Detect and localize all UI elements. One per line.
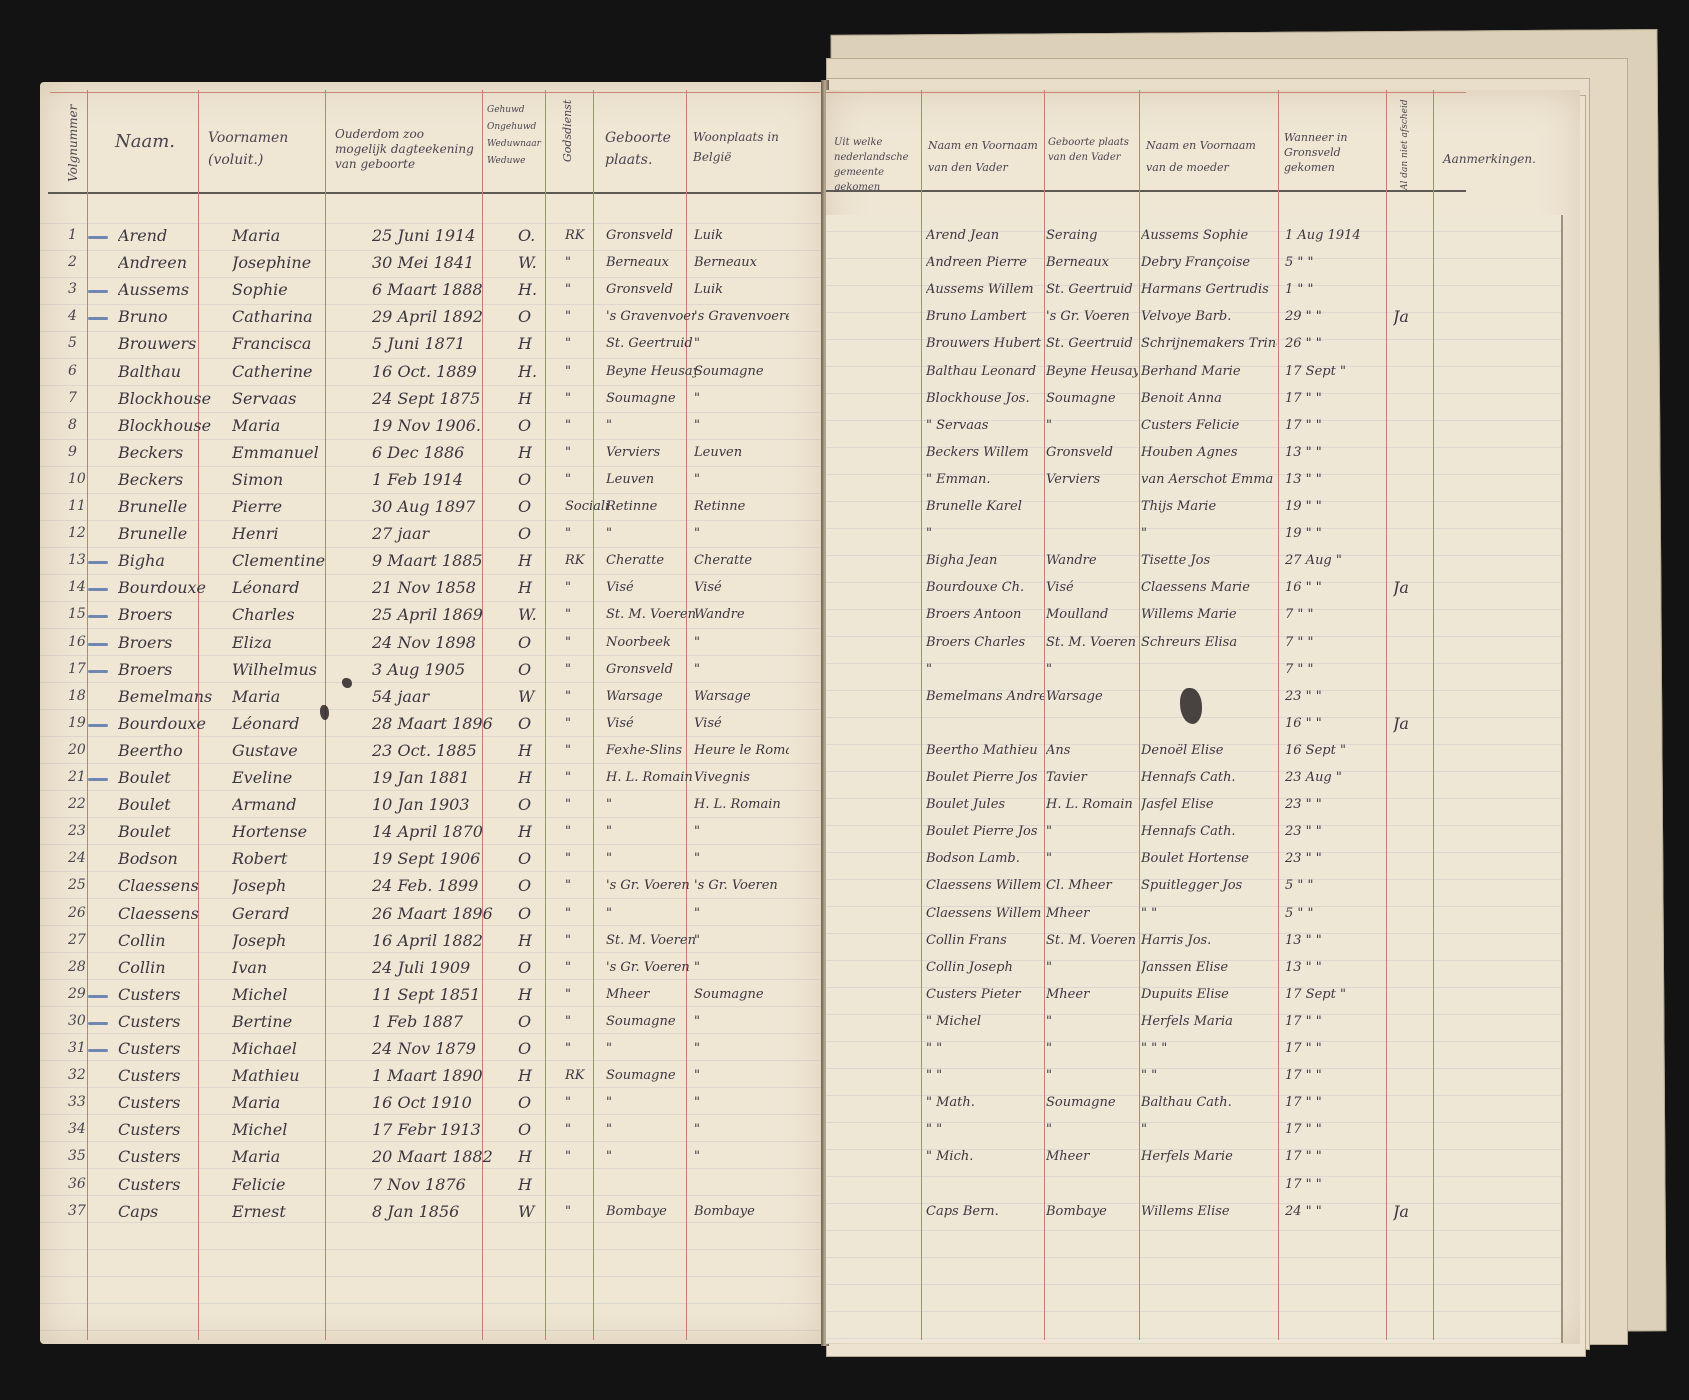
cell-wanneer: 23 " " [1285, 818, 1383, 845]
cell-vader: Aussems Willem [926, 276, 1044, 303]
cell-woonplaats [694, 1171, 789, 1198]
cell-afscheid [1393, 656, 1433, 683]
cell-voornaam: Mathieu [232, 1062, 360, 1089]
cell-godsdienst: " [565, 330, 609, 357]
cell-geboorteplaats: Mheer [606, 981, 696, 1008]
cell-godsdienst: " [565, 1035, 609, 1062]
cell-moeder [1141, 683, 1277, 710]
table-row: 5BrouwersFrancisca5 Juni 1871H"St. Geert… [0, 330, 1689, 357]
cell-afscheid: Ja [1393, 710, 1433, 737]
cell-voornaam: Michael [232, 1035, 360, 1062]
table-row: 14BourdouxeLéonard21 Nov 1858H"ViséViséB… [0, 574, 1689, 601]
cell-woonplaats: " [694, 385, 789, 412]
cell-moeder: Aussems Sophie [1141, 222, 1277, 249]
cell-afscheid [1393, 276, 1433, 303]
cell-geboorteplaats-vader: St. M. Voeren [1046, 629, 1138, 656]
cell-moeder: Tisette Jos [1141, 547, 1277, 574]
ink-blot [1180, 688, 1202, 724]
cell-geboortedatum: 21 Nov 1858 [372, 574, 522, 601]
cell-burgerlijke-staat: H [518, 1171, 558, 1198]
cell-geboortedatum: 16 Oct. 1889 [372, 358, 522, 385]
table-row: 21BouletEveline19 Jan 1881H"H. L. Romain… [0, 764, 1689, 791]
table-row: 1ArendMaria25 Juni 1914O.RKGronsveldLuik… [0, 222, 1689, 249]
cell-wanneer: 23 " " [1285, 845, 1383, 872]
cell-vader: " Servaas [926, 412, 1044, 439]
cell-voornaam: Ernest [232, 1198, 360, 1225]
cell-geboorteplaats: Visé [606, 710, 696, 737]
table-row: 12BrunelleHenri27 jaarO"""""19 " " [0, 520, 1689, 547]
cell-moeder: Spuitlegger Jos [1141, 872, 1277, 899]
cell-wanneer: 19 " " [1285, 493, 1383, 520]
cell-burgerlijke-staat: H [518, 439, 558, 466]
cell-geboorteplaats-vader [1046, 1171, 1138, 1198]
cell-geboortedatum: 19 Sept 1906 [372, 845, 522, 872]
cell-wanneer: 1 " " [1285, 276, 1383, 303]
cell-afscheid [1393, 872, 1433, 899]
cell-geboorteplaats: Cheratte [606, 547, 696, 574]
blue-pencil-mark [88, 588, 108, 591]
cell-woonplaats: " [694, 656, 789, 683]
cell-wanneer: 16 " " [1285, 710, 1383, 737]
cell-volgnummer: 6 [68, 358, 108, 385]
cell-afscheid [1393, 954, 1433, 981]
cell-moeder: " " " [1141, 1035, 1277, 1062]
cell-geboorteplaats-vader: Mheer [1046, 1143, 1138, 1170]
cell-godsdienst: " [565, 872, 609, 899]
cell-woonplaats: Wandre [694, 601, 789, 628]
cell-vader: Claessens Willem [926, 872, 1044, 899]
cell-geboortedatum: 9 Maart 1885 [372, 547, 522, 574]
cell-voornaam: Catherine [232, 358, 360, 385]
cell-godsdienst: " [565, 520, 609, 547]
cell-geboorteplaats: Berneaux [606, 249, 696, 276]
header-ouderdom: Ouderdom zoo mogelijk dagteekening van g… [335, 127, 475, 172]
cell-geboortedatum: 6 Maart 1888 [372, 276, 522, 303]
cell-afscheid [1393, 1062, 1433, 1089]
cell-geboortedatum: 10 Jan 1903 [372, 791, 522, 818]
table-row: 8BlockhouseMaria19 Nov 1906.O"""" Servaa… [0, 412, 1689, 439]
table-row: 19BourdouxeLéonard28 Maart 1896O"ViséVis… [0, 710, 1689, 737]
cell-geboortedatum: 26 Maart 1896 [372, 900, 522, 927]
cell-woonplaats: Soumagne [694, 358, 789, 385]
cell-godsdienst: " [565, 791, 609, 818]
cell-burgerlijke-staat: H [518, 818, 558, 845]
table-row: 3AussemsSophie6 Maart 1888H."GronsveldLu… [0, 276, 1689, 303]
cell-burgerlijke-staat: O [518, 872, 558, 899]
cell-burgerlijke-staat: W. [518, 601, 558, 628]
cell-volgnummer: 35 [68, 1143, 108, 1170]
table-row: 29CustersMichel11 Sept 1851H"MheerSoumag… [0, 981, 1689, 1008]
cell-godsdienst: " [565, 385, 609, 412]
cell-naam: Beckers [118, 466, 243, 493]
cell-geboorteplaats-vader: 's Gr. Voeren [1046, 303, 1138, 330]
table-row: 33CustersMaria16 Oct 1910O"""" Math.Soum… [0, 1089, 1689, 1116]
table-row: 4BrunoCatharina29 April 1892O"'s Gravenv… [0, 303, 1689, 330]
blue-pencil-mark [88, 724, 108, 727]
cell-burgerlijke-staat: H [518, 385, 558, 412]
cell-woonplaats: Berneaux [694, 249, 789, 276]
cell-geboorteplaats: Soumagne [606, 1062, 696, 1089]
cell-geboorteplaats-vader: " [1046, 1116, 1138, 1143]
cell-afscheid [1393, 520, 1433, 547]
cell-wanneer: 24 " " [1285, 1198, 1383, 1225]
cell-geboortedatum: 29 April 1892 [372, 303, 522, 330]
cell-moeder: Harmans Gertrudis [1141, 276, 1277, 303]
cell-voornaam: Charles [232, 601, 360, 628]
cell-moeder: Dupuits Elise [1141, 981, 1277, 1008]
cell-volgnummer: 11 [68, 493, 108, 520]
cell-moeder: Hennafs Cath. [1141, 764, 1277, 791]
cell-burgerlijke-staat: H. [518, 358, 558, 385]
cell-woonplaats: 's Gravenvoeren [694, 303, 789, 330]
cell-geboorteplaats [606, 1171, 696, 1198]
cell-voornaam: Ivan [232, 954, 360, 981]
cell-geboorteplaats: " [606, 900, 696, 927]
cell-naam: Collin [118, 954, 243, 981]
cell-geboortedatum: 24 Sept 1875 [372, 385, 522, 412]
cell-volgnummer: 33 [68, 1089, 108, 1116]
cell-geboorteplaats-vader [1046, 493, 1138, 520]
cell-geboorteplaats: " [606, 845, 696, 872]
cell-vader: Boulet Pierre Jos [926, 818, 1044, 845]
cell-wanneer: 7 " " [1285, 656, 1383, 683]
cell-burgerlijke-staat: O [518, 845, 558, 872]
blue-pencil-mark [88, 1049, 108, 1052]
cell-geboorteplaats-vader: Wandre [1046, 547, 1138, 574]
header-afscheid: Al dan niet afscheid [1398, 99, 1413, 190]
cell-volgnummer: 8 [68, 412, 108, 439]
cell-burgerlijke-staat: O [518, 520, 558, 547]
cell-wanneer: 23 " " [1285, 683, 1383, 710]
cell-woonplaats: " [694, 1089, 789, 1116]
cell-volgnummer: 2 [68, 249, 108, 276]
cell-naam: Custers [118, 1171, 243, 1198]
cell-vader: Boulet Pierre Jos [926, 764, 1044, 791]
cell-volgnummer: 10 [68, 466, 108, 493]
cell-geboortedatum: 25 April 1869 [372, 601, 522, 628]
cell-geboortedatum: 1 Maart 1890 [372, 1062, 522, 1089]
cell-voornaam: Servaas [232, 385, 360, 412]
cell-volgnummer: 26 [68, 900, 108, 927]
cell-moeder: van Aerschot Emma [1141, 466, 1277, 493]
cell-geboortedatum: 16 April 1882 [372, 927, 522, 954]
cell-volgnummer: 27 [68, 927, 108, 954]
cell-geboorteplaats-vader: " [1046, 1035, 1138, 1062]
cell-voornaam: Michel [232, 981, 360, 1008]
cell-voornaam: Henri [232, 520, 360, 547]
blue-pencil-mark [88, 1022, 108, 1025]
cell-geboortedatum: 24 Juli 1909 [372, 954, 522, 981]
cell-burgerlijke-staat: W. [518, 249, 558, 276]
table-row: 2AndreenJosephine30 Mei 1841W."BerneauxB… [0, 249, 1689, 276]
cell-geboortedatum: 30 Aug 1897 [372, 493, 522, 520]
cell-naam: Bourdouxe [118, 710, 243, 737]
cell-wanneer: 5 " " [1285, 872, 1383, 899]
cell-godsdienst: RK [565, 222, 609, 249]
cell-vader: Brunelle Karel [926, 493, 1044, 520]
cell-naam: Collin [118, 927, 243, 954]
table-row: 27CollinJoseph16 April 1882H"St. M. Voer… [0, 927, 1689, 954]
cell-voornaam: Maria [232, 222, 360, 249]
cell-geboorteplaats-vader [1046, 520, 1138, 547]
cell-moeder: Harris Jos. [1141, 927, 1277, 954]
cell-voornaam: Maria [232, 683, 360, 710]
cell-wanneer: 16 " " [1285, 574, 1383, 601]
cell-godsdienst: " [565, 358, 609, 385]
table-row: 7BlockhouseServaas24 Sept 1875H"Soumagne… [0, 385, 1689, 412]
cell-voornaam: Léonard [232, 574, 360, 601]
cell-geboortedatum: 28 Maart 1896 [372, 710, 522, 737]
cell-woonplaats: " [694, 900, 789, 927]
cell-naam: Custers [118, 1008, 243, 1035]
cell-geboorteplaats: Soumagne [606, 1008, 696, 1035]
table-row: 30CustersBertine1 Feb 1887O"Soumagne"" M… [0, 1008, 1689, 1035]
cell-geboorteplaats-vader: St. Geertruid [1046, 276, 1138, 303]
cell-burgerlijke-staat: O [518, 412, 558, 439]
cell-afscheid: Ja [1393, 303, 1433, 330]
cell-voornaam: Simon [232, 466, 360, 493]
cell-woonplaats: " [694, 927, 789, 954]
cell-woonplaats: Leuven [694, 439, 789, 466]
header-geboorteplaats-vader: Geboorte plaats van den Vader [1048, 135, 1136, 165]
cell-godsdienst: " [565, 737, 609, 764]
cell-vader: Bodson Lamb. [926, 845, 1044, 872]
cell-moeder [1141, 1171, 1277, 1198]
cell-woonplaats: Retinne [694, 493, 789, 520]
cell-geboorteplaats: " [606, 818, 696, 845]
cell-voornaam: Josephine [232, 249, 360, 276]
cell-voornaam: Hortense [232, 818, 360, 845]
header-godsdienst: Godsdienst [560, 100, 575, 162]
table-row: 15BroersCharles25 April 1869W."St. M. Vo… [0, 601, 1689, 628]
cell-godsdienst: " [565, 710, 609, 737]
cell-afscheid [1393, 737, 1433, 764]
cell-woonplaats: Luik [694, 276, 789, 303]
cell-naam: Bodson [118, 845, 243, 872]
cell-naam: Blockhouse [118, 412, 243, 439]
table-row: 35CustersMaria20 Maart 1882H"""" Mich.Mh… [0, 1143, 1689, 1170]
cell-wanneer: 23 " " [1285, 791, 1383, 818]
cell-afscheid [1393, 1143, 1433, 1170]
blue-pencil-mark [88, 643, 108, 646]
cell-vader: Blockhouse Jos. [926, 385, 1044, 412]
cell-naam: Andreen [118, 249, 243, 276]
cell-afscheid [1393, 1116, 1433, 1143]
cell-geboortedatum: 11 Sept 1851 [372, 981, 522, 1008]
cell-geboorteplaats-vader: " [1046, 954, 1138, 981]
cell-burgerlijke-staat: W [518, 683, 558, 710]
cell-vader: " " [926, 1062, 1044, 1089]
cell-geboorteplaats-vader: St. M. Voeren [1046, 927, 1138, 954]
cell-afscheid [1393, 683, 1433, 710]
cell-naam: Broers [118, 656, 243, 683]
cell-woonplaats: " [694, 1008, 789, 1035]
cell-burgerlijke-staat: O [518, 900, 558, 927]
cell-volgnummer: 22 [68, 791, 108, 818]
cell-geboortedatum: 25 Juni 1914 [372, 222, 522, 249]
cell-godsdienst: RK [565, 547, 609, 574]
cell-naam: Bemelmans [118, 683, 243, 710]
cell-wanneer: 13 " " [1285, 954, 1383, 981]
cell-wanneer: 26 " " [1285, 330, 1383, 357]
cell-naam: Beckers [118, 439, 243, 466]
cell-voornaam: Felicie [232, 1171, 360, 1198]
cell-naam: Blockhouse [118, 385, 243, 412]
cell-vader: " [926, 656, 1044, 683]
cell-geboortedatum: 23 Oct. 1885 [372, 737, 522, 764]
cell-wanneer: 17 " " [1285, 1116, 1383, 1143]
cell-wanneer: 17 " " [1285, 1062, 1383, 1089]
cell-godsdienst: " [565, 1143, 609, 1170]
cell-afscheid [1393, 629, 1433, 656]
cell-afscheid [1393, 791, 1433, 818]
cell-wanneer: 1 Aug 1914 [1285, 222, 1383, 249]
table-row: 6BalthauCatherine16 Oct. 1889H."Beyne He… [0, 358, 1689, 385]
cell-geboortedatum: 17 Febr 1913 [372, 1116, 522, 1143]
table-row: 20BeerthoGustave23 Oct. 1885H"Fexhe-Slin… [0, 737, 1689, 764]
cell-afscheid [1393, 764, 1433, 791]
cell-naam: Claessens [118, 900, 243, 927]
header-vader: Naam en Voornaam van den Vader [928, 135, 1040, 179]
cell-wanneer: 17 Sept " [1285, 358, 1383, 385]
cell-geboorteplaats: " [606, 520, 696, 547]
cell-voornaam: Francisca [232, 330, 360, 357]
cell-geboorteplaats-vader: Verviers [1046, 466, 1138, 493]
cell-vader: " Michel [926, 1008, 1044, 1035]
blue-pencil-mark [88, 236, 108, 239]
ink-blot [320, 705, 329, 720]
table-row: 31CustersMichael24 Nov 1879O"""" """ " "… [0, 1035, 1689, 1062]
cell-geboorteplaats-vader: Tavier [1046, 764, 1138, 791]
cell-geboorteplaats-vader: " [1046, 845, 1138, 872]
cell-godsdienst: " [565, 1116, 609, 1143]
cell-burgerlijke-staat: H. [518, 276, 558, 303]
cell-woonplaats: " [694, 520, 789, 547]
cell-volgnummer: 37 [68, 1198, 108, 1225]
cell-geboorteplaats-vader: Cl. Mheer [1046, 872, 1138, 899]
table-row: 32CustersMathieu1 Maart 1890HRKSoumagne"… [0, 1062, 1689, 1089]
cell-naam: Broers [118, 601, 243, 628]
cell-geboortedatum: 8 Jan 1856 [372, 1198, 522, 1225]
cell-voornaam: Maria [232, 412, 360, 439]
cell-naam: Brouwers [118, 330, 243, 357]
cell-geboorteplaats-vader: " [1046, 1062, 1138, 1089]
cell-naam: Boulet [118, 818, 243, 845]
cell-naam: Balthau [118, 358, 243, 385]
cell-godsdienst: " [565, 818, 609, 845]
cell-burgerlijke-staat: H [518, 574, 558, 601]
cell-vader: Bemelmans Andre [926, 683, 1044, 710]
cell-godsdienst: " [565, 249, 609, 276]
header-top-rule [826, 92, 1466, 93]
cell-geboorteplaats-vader: Seraing [1046, 222, 1138, 249]
cell-moeder: Willems Marie [1141, 601, 1277, 628]
cell-wanneer: 5 " " [1285, 249, 1383, 276]
cell-moeder: Custers Felicie [1141, 412, 1277, 439]
blue-pencil-mark [88, 995, 108, 998]
table-row: 13BighaClementine9 Maart 1885HRKCheratte… [0, 547, 1689, 574]
cell-woonplaats: Cheratte [694, 547, 789, 574]
cell-vader: Caps Bern. [926, 1198, 1044, 1225]
cell-moeder: Jasfel Elise [1141, 791, 1277, 818]
cell-woonplaats: H. L. Romain [694, 791, 789, 818]
cell-moeder: Schreurs Elisa [1141, 629, 1277, 656]
cell-geboorteplaats: Verviers [606, 439, 696, 466]
cell-naam: Custers [118, 1116, 243, 1143]
cell-godsdienst: " [565, 981, 609, 1008]
cell-afscheid [1393, 466, 1433, 493]
cell-naam: Bourdouxe [118, 574, 243, 601]
cell-volgnummer: 36 [68, 1171, 108, 1198]
cell-afscheid [1393, 330, 1433, 357]
cell-geboorteplaats: Gronsveld [606, 656, 696, 683]
cell-afscheid [1393, 1089, 1433, 1116]
cell-naam: Bruno [118, 303, 243, 330]
cell-vader: Bruno Lambert [926, 303, 1044, 330]
ink-blot [342, 678, 352, 688]
cell-burgerlijke-staat: O [518, 629, 558, 656]
cell-naam: Custers [118, 981, 243, 1008]
cell-geboortedatum: 19 Nov 1906. [372, 412, 522, 439]
cell-vader: Bourdouxe Ch. [926, 574, 1044, 601]
cell-afscheid [1393, 385, 1433, 412]
cell-naam: Aussems [118, 276, 243, 303]
cell-geboortedatum: 20 Maart 1882 [372, 1143, 522, 1170]
cell-geboorteplaats: 's Gravenvoeren [606, 303, 696, 330]
cell-naam: Brunelle [118, 520, 243, 547]
cell-afscheid [1393, 845, 1433, 872]
cell-woonplaats: " [694, 1035, 789, 1062]
cell-naam: Caps [118, 1198, 243, 1225]
cell-vader: Collin Joseph [926, 954, 1044, 981]
cell-woonplaats: " [694, 330, 789, 357]
cell-moeder: Debry Françoise [1141, 249, 1277, 276]
header-gemeente: Uit welke nederlandsche gemeente gekomen [834, 135, 919, 195]
cell-geboorteplaats: Fexhe-Slins [606, 737, 696, 764]
cell-naam: Boulet [118, 764, 243, 791]
cell-burgerlijke-staat: O [518, 466, 558, 493]
cell-geboorteplaats-vader: " [1046, 656, 1138, 683]
cell-vader: Custers Pieter [926, 981, 1044, 1008]
cell-geboorteplaats-vader: " [1046, 818, 1138, 845]
cell-volgnummer: 34 [68, 1116, 108, 1143]
cell-vader: Beertho Mathieu [926, 737, 1044, 764]
cell-afscheid [1393, 818, 1433, 845]
cell-wanneer: 17 " " [1285, 1008, 1383, 1035]
cell-moeder: Balthau Cath. [1141, 1089, 1277, 1116]
cell-geboorteplaats-vader: Warsage [1046, 683, 1138, 710]
cell-geboorteplaats: Bombaye [606, 1198, 696, 1225]
cell-voornaam: Armand [232, 791, 360, 818]
cell-volgnummer: 9 [68, 439, 108, 466]
cell-vader [926, 1171, 1044, 1198]
cell-godsdienst: " [565, 845, 609, 872]
cell-afscheid [1393, 222, 1433, 249]
header-naam: Naam. [115, 134, 195, 149]
cell-geboorteplaats-vader: H. L. Romain [1046, 791, 1138, 818]
header-bottom-rule [48, 192, 825, 194]
cell-naam: Custers [118, 1143, 243, 1170]
cell-godsdienst: " [565, 412, 609, 439]
header-burgerlijke-staat: Gehuwd Ongehuwd Weduwnaar Weduwe [487, 102, 542, 170]
cell-volgnummer: 24 [68, 845, 108, 872]
cell-burgerlijke-staat: O [518, 1035, 558, 1062]
cell-vader: Andreen Pierre [926, 249, 1044, 276]
cell-geboorteplaats: H. L. Romain [606, 764, 696, 791]
cell-geboorteplaats: St. Geertruid [606, 330, 696, 357]
cell-moeder: Janssen Elise [1141, 954, 1277, 981]
cell-afscheid [1393, 358, 1433, 385]
